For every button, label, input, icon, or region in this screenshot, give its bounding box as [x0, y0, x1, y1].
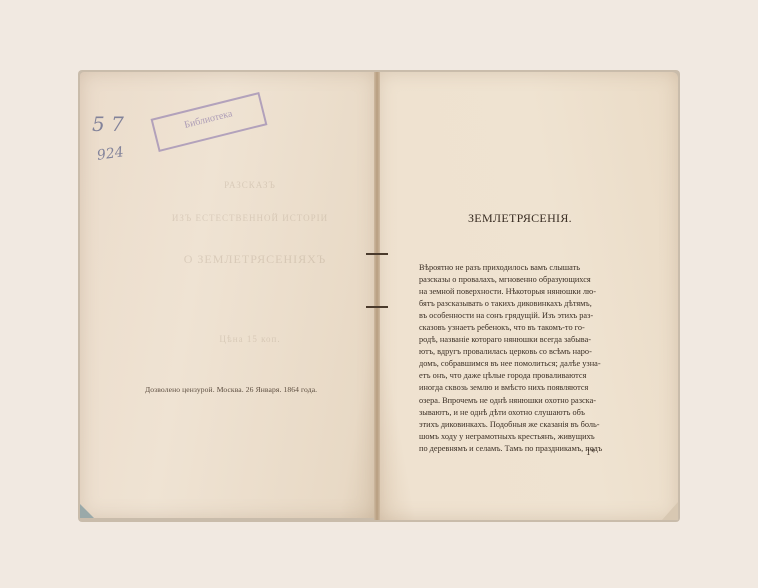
- text-line: иногда сквозь землю и вмѣсто нихъ появля…: [419, 382, 653, 394]
- faint-subtitle: ИЗЪ ЕСТЕСТВЕННОЙ ИСТОРІИ: [150, 213, 350, 223]
- faint-title: РАЗСКАЗЪ: [150, 180, 350, 190]
- text-line: сказовъ узнаетъ ребенокъ, что въ такомъ-…: [419, 322, 653, 334]
- text-line: ютъ, вдругъ провалилась церковь со всѣмъ…: [419, 346, 653, 358]
- text-line: шомъ ходу у неграмотныхъ крестьянъ, живу…: [419, 431, 653, 443]
- pencil-mark: 5 7: [92, 112, 124, 136]
- faint-main-title: О ЗЕМЛЕТРЯСЕНІЯХЪ: [150, 252, 360, 267]
- text-line: въ особенности на сонъ грядущій. Изъ эти…: [419, 310, 653, 322]
- worn-corner: [80, 504, 94, 518]
- censor-approval-line: Дозволено цензурой. Москва. 26 Января. 1…: [145, 385, 365, 394]
- faint-price: Цѣна 15 коп.: [190, 334, 310, 344]
- text-line: разсказы о провалахъ, мгновенно образующ…: [419, 274, 653, 286]
- text-line: озера. Впрочемъ не однѣ нянюшки охотно р…: [419, 395, 653, 407]
- spine: [374, 72, 380, 520]
- text-line: на земной поверхности. Нѣкоторыя нянюшки…: [419, 286, 653, 298]
- body-text: Вѣроятно не разъ приходилось вамъ слышат…: [419, 262, 653, 455]
- binding-stitch: [366, 253, 388, 255]
- binding-stitch: [366, 306, 388, 308]
- text-line: бятъ разсказывать о такихъ диковинкахъ д…: [419, 298, 653, 310]
- page-number: 1*: [586, 447, 595, 457]
- text-line: домъ, собравшимся въ нее помолиться; дал…: [419, 358, 653, 370]
- text-line: зываютъ, и не однѣ дѣти охотно слушаютъ …: [419, 407, 653, 419]
- text-line: по деревнямъ и селамъ. Тамъ по праздника…: [419, 443, 653, 455]
- left-page: [80, 72, 376, 518]
- text-line: етъ онъ, что даже цѣлые города провалива…: [419, 370, 653, 382]
- chapter-title: ЗЕМЛЕТРЯСЕНІЯ.: [468, 211, 598, 226]
- text-line: этихъ диковинкахъ. Подобныя же сказанія …: [419, 419, 653, 431]
- text-line: родѣ, названіе котораго нянюшки всегда з…: [419, 334, 653, 346]
- text-line: Вѣроятно не разъ приходилось вамъ слышат…: [419, 262, 653, 274]
- worn-corner: [662, 502, 678, 520]
